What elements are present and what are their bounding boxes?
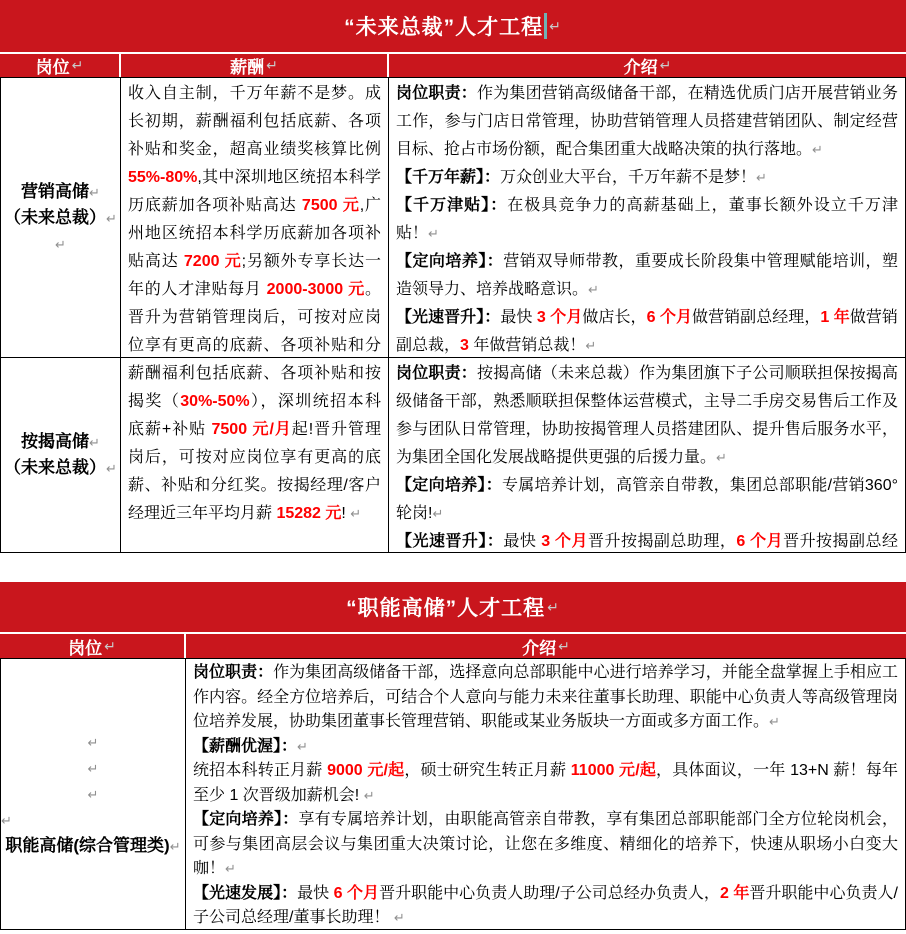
header-label: 岗位 [36, 53, 70, 78]
text-run: 6 个月 [736, 533, 783, 550]
text-run: 统招本科转正月薪 [193, 762, 327, 779]
text-run: 岗位职责： [396, 365, 477, 382]
text-run: 【千万津贴】： [396, 197, 507, 214]
document-page: “未来总裁”人才工程↵ 岗位↵ 薪酬↵ 介绍↵ 营销高储↵（未来总裁）↵↵ 收入… [0, 0, 906, 934]
paragraph-mark: ↵ [266, 57, 278, 74]
paragraph-mark: ↵ [394, 910, 405, 925]
text-run: 11000 元/起 [571, 762, 656, 779]
text-run: 万众创业大平台，千万年薪不是梦！ [500, 169, 756, 186]
paragraph: 【定向培养】：专属培养计划，高管亲自带教，集团总部职能/营销360°轮岗!↵ [396, 472, 898, 528]
intro-cell[interactable]: 岗位职责：按揭高储（未来总裁）作为集团旗下子公司顺联担保按揭高级储备干部，熟悉顺… [389, 358, 905, 552]
paragraph: 【光速发展】：最快 6 个月晋升职能中心负责人助理/子公司总经办负责人，2 年晋… [193, 882, 898, 930]
text-run: 7200 元 [184, 253, 242, 270]
table-row: ↵↵↵↵职能高储(综合管理类)↵ 岗位职责：作为集团高级储备干部，选择意向总部职… [1, 659, 905, 929]
intro-cell[interactable]: 岗位职责：作为集团高级储备干部，选择意向总部职能中心进行培养学习，并能全盘掌握上… [186, 659, 905, 929]
text-run: 做店长， [582, 309, 646, 326]
paragraph-mark: ↵ [89, 435, 100, 450]
paragraph: 岗位职责：按揭高储（未来总裁）作为集团旗下子公司顺联担保按揭高级储备干部，熟悉顺… [396, 360, 898, 472]
text-run: ，硕士研究生转正月薪 [404, 762, 570, 779]
paragraph: 岗位职责：作为集团高级储备干部，选择意向总部职能中心进行培养学习，并能全盘掌握上… [193, 661, 898, 735]
paragraph-mark: ↵ [225, 861, 236, 876]
intro-cell[interactable]: 岗位职责：作为集团营销高级储备干部，在精选优质门店开展营销业务工作，参与门店日常… [389, 78, 905, 357]
text-run: 【光速晋升】： [396, 533, 503, 550]
text-run: 岗位职责： [396, 85, 477, 102]
text-run: 3 个月 [541, 533, 588, 550]
text-run: 【薪酬优渥】： [193, 738, 297, 755]
paragraph: （未来总裁）↵ [4, 455, 117, 481]
table-gap [0, 553, 906, 582]
text-run: 作为集团高级储备干部，选择意向总部职能中心进行培养学习，并能全盘掌握上手相应工作… [193, 664, 898, 730]
text-run: 【千万年薪】： [396, 169, 500, 186]
text-run: 做营销副总经理， [692, 309, 820, 326]
paragraph-mark: ↵ [104, 638, 116, 655]
paragraph-mark: ↵ [106, 211, 117, 226]
table2-title-bar[interactable]: “职能高储”人才工程↵ [0, 582, 906, 632]
text-run: 2000-3000 元 [267, 281, 365, 298]
text-run: 30%-50% [180, 393, 249, 410]
paragraph-mark: ↵ [432, 506, 443, 521]
text-run: 【定向培养】： [193, 811, 298, 828]
paragraph-mark: ↵ [106, 461, 117, 476]
paragraph-mark: ↵ [72, 57, 84, 74]
paragraph: ↵ [88, 729, 99, 755]
text-run: 【光速发展】： [193, 885, 297, 902]
paragraph: ↵ [55, 231, 66, 257]
salary-cell[interactable]: 收入自主制，千万年薪不是梦。成长初期，薪酬福利包括底薪、各项补贴和奖金，超高业绩… [121, 78, 389, 357]
text-run: 7500 元/月 [212, 421, 292, 438]
text-run: 岗位职责： [193, 664, 273, 681]
table-row: 营销高储↵（未来总裁）↵↵ 收入自主制，千万年薪不是梦。成长初期，薪酬福利包括底… [1, 78, 905, 358]
text-run: 6 个月 [334, 885, 379, 902]
paragraph-mark: ↵ [364, 788, 375, 803]
header-label: 介绍 [624, 53, 658, 78]
paragraph: 【定向培养】：营销双导师带教，重要成长阶段集中管理赋能培训，塑造领导力、培养战略… [396, 248, 898, 304]
paragraph-mark: ↵ [585, 338, 596, 353]
table2-title: “职能高储”人才工程 [346, 592, 545, 622]
text-run: 最快 [503, 533, 541, 550]
text-run: 【光速晋升】： [396, 309, 500, 326]
paragraph-mark: ↵ [660, 57, 672, 74]
table2-header-position[interactable]: 岗位↵ [0, 634, 184, 658]
paragraph-mark: ↵ [89, 185, 100, 200]
paragraph-mark: ↵ [88, 735, 99, 750]
text-run: 年做营销总裁！ [469, 337, 585, 354]
text-run: 按揭高储 [21, 432, 89, 451]
text-run: 2 年 [720, 885, 749, 902]
paragraph: 薪酬福利包括底薪、各项补贴和按揭奖（30%-50%），深圳统招本科底薪+补贴 7… [128, 360, 381, 528]
table1-body: 营销高储↵（未来总裁）↵↵ 收入自主制，千万年薪不是梦。成长初期，薪酬福利包括底… [0, 77, 906, 553]
paragraph-mark: ↵ [55, 237, 66, 252]
paragraph: 【千万年薪】：万众创业大平台，千万年薪不是梦！↵ [396, 164, 898, 192]
table2-header-row: 岗位↵ 介绍↵ [0, 634, 906, 658]
text-run: 3 个月 [537, 309, 582, 326]
paragraph-mark: ↵ [1, 813, 12, 828]
table2-body: ↵↵↵↵职能高储(综合管理类)↵ 岗位职责：作为集团高级储备干部，选择意向总部职… [0, 658, 906, 930]
position-cell[interactable]: ↵↵↵↵职能高储(综合管理类)↵ [1, 659, 186, 929]
text-run: 15282 元 [276, 505, 341, 522]
paragraph-mark: ↵ [350, 506, 361, 521]
text-run: 享有专属培养计划，由职能高管亲自带教，享有集团总部职能部门全方位轮岗机会，可参与… [193, 811, 898, 877]
paragraph: 【定向培养】：享有专属培养计划，由职能高管亲自带教，享有集团总部职能部门全方位轮… [193, 808, 898, 882]
table-row: 按揭高储↵（未来总裁）↵ 薪酬福利包括底薪、各项补贴和按揭奖（30%-50%），… [1, 358, 905, 552]
text-run: 【定向培养】： [396, 477, 502, 494]
paragraph: 【光速晋升】：最快 3 个月做店长，6 个月做营销副总经理，1 年做营销副总裁，… [396, 304, 898, 357]
text-run: 最快 [500, 309, 537, 326]
text-run: ! [341, 505, 350, 522]
table2-header-intro[interactable]: 介绍↵ [186, 634, 906, 658]
text-run: 晋升职能中心负责人助理/子公司总经办负责人， [379, 885, 720, 902]
paragraph-mark: ↵ [558, 638, 570, 655]
header-label: 介绍 [522, 634, 556, 659]
table1-title: “未来总裁”人才工程 [344, 11, 543, 41]
paragraph: 岗位职责：作为集团营销高级储备干部，在精选优质门店开展营销业务工作，参与门店日常… [396, 80, 898, 164]
header-label: 薪酬 [230, 53, 264, 78]
text-run: 【定向培养】： [396, 253, 503, 270]
table1-title-bar[interactable]: “未来总裁”人才工程↵ [0, 0, 906, 52]
paragraph-mark: ↵ [549, 18, 562, 35]
text-run: 3 [460, 337, 469, 354]
paragraph: ↵ [1, 807, 185, 833]
paragraph: 【薪酬优渥】：↵ [193, 735, 898, 760]
paragraph: 【光速晋升】：最快 3 个月晋升按揭副总助理，6 个月晋升按揭副总经理，1-3 … [396, 528, 898, 552]
text-run: 55%-80% [128, 169, 197, 186]
table1-header-salary[interactable]: 薪酬↵ [121, 54, 387, 77]
paragraph-mark: ↵ [88, 787, 99, 802]
table1-header-position[interactable]: 岗位↵ [0, 54, 119, 77]
table1-header-intro[interactable]: 介绍↵ [389, 54, 906, 77]
paragraph-mark: ↵ [716, 450, 727, 465]
paragraph-mark: ↵ [756, 170, 767, 185]
text-run: （未来总裁） [4, 458, 106, 477]
paragraph: 按揭高储↵ [21, 429, 100, 455]
paragraph: 统招本科转正月薪 9000 元/起，硕士研究生转正月薪 11000 元/起，具体… [193, 759, 898, 808]
paragraph-mark: ↵ [588, 282, 599, 297]
paragraph-mark: ↵ [547, 599, 560, 616]
paragraph-mark: ↵ [769, 714, 780, 729]
paragraph: 【千万津贴】：在极具竞争力的高薪基础上，董事长额外设立千万津贴！↵ [396, 192, 898, 248]
text-run: 7500 元 [302, 197, 360, 214]
text-run: 9000 元/起 [327, 762, 404, 779]
paragraph: （未来总裁）↵ [4, 205, 117, 231]
position-cell[interactable]: 营销高储↵（未来总裁）↵↵ [1, 78, 121, 357]
text-run: 1 年 [820, 309, 849, 326]
text-cursor [544, 13, 547, 39]
table1-header-row: 岗位↵ 薪酬↵ 介绍↵ [0, 54, 906, 77]
paragraph: ↵ [88, 755, 99, 781]
text-run: 晋升按揭副总助理， [588, 533, 736, 550]
text-run: 最快 [297, 885, 334, 902]
paragraph: 收入自主制，千万年薪不是梦。成长初期，薪酬福利包括底薪、各项补贴和奖金，超高业绩… [128, 80, 381, 357]
paragraph: ↵ [88, 781, 99, 807]
text-run: 6 个月 [647, 309, 692, 326]
text-run: （未来总裁） [4, 208, 106, 227]
paragraph-mark: ↵ [428, 226, 439, 241]
header-label: 岗位 [68, 634, 102, 659]
paragraph-mark: ↵ [88, 761, 99, 776]
paragraph-mark: ↵ [170, 839, 181, 854]
text-run: 职能高储(综合管理类) [5, 836, 169, 855]
paragraph: 营销高储↵ [21, 179, 100, 205]
text-run: 收入自主制，千万年薪不是梦。成长初期，薪酬福利包括底薪、各项补贴和奖金，超高业绩… [128, 85, 381, 158]
position-cell[interactable]: 按揭高储↵（未来总裁）↵ [1, 358, 121, 552]
paragraph-mark: ↵ [297, 739, 308, 754]
salary-cell[interactable]: 薪酬福利包括底薪、各项补贴和按揭奖（30%-50%），深圳统招本科底薪+补贴 7… [121, 358, 389, 552]
paragraph-mark: ↵ [812, 142, 823, 157]
paragraph: 职能高储(综合管理类)↵ [5, 833, 180, 859]
text-run: 营销高储 [21, 182, 89, 201]
